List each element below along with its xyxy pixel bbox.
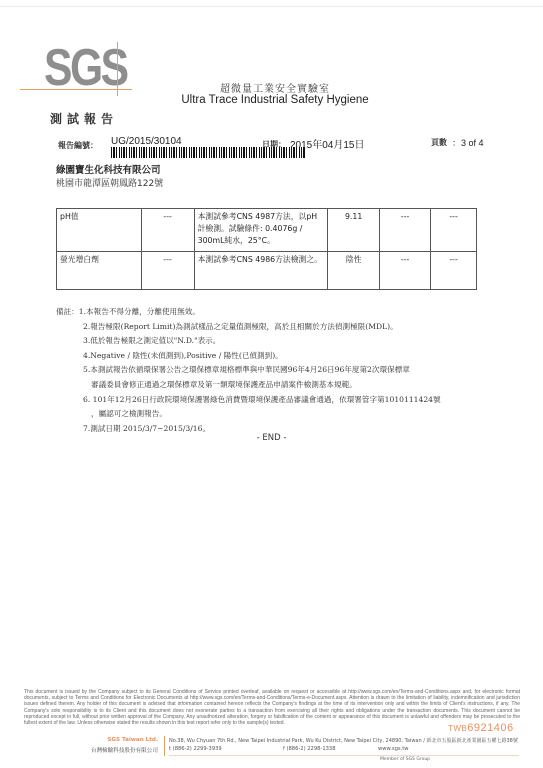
lab-name-english: Ultra Trace Industrial Safety Hygiene xyxy=(150,94,400,106)
note-item: 4.Negative / 陰性(未偵測到),Positive / 陽性(已偵測到… xyxy=(56,349,496,364)
cell-value: --- xyxy=(380,209,431,252)
table-row: 螢光增白劑 --- 本測試參考CNS 4986方法檢測之。 陰性 --- --- xyxy=(57,252,477,290)
note-item: 審議委員會修正通過之環保標章及第一類環境保護產品申請案件檢測基本規範。 xyxy=(56,378,496,393)
test-item: 螢光增白劑 xyxy=(57,252,142,290)
logo-rule-vertical xyxy=(117,42,118,96)
client-company: 綠園寶生化科技有限公司 xyxy=(56,162,161,176)
footer-tel: t (886-2) 2299-3939 xyxy=(169,746,222,752)
serial-digits: 6921406 xyxy=(467,722,513,734)
footer-address: No.38, Wu Chyuan 7th Rd., New Taipei Ind… xyxy=(169,737,518,744)
logo-rule-horizontal xyxy=(20,89,132,90)
results-table: pH值 --- 本測試參考CNS 4987方法，以pH計檢測。試驗條件: 0.4… xyxy=(56,208,477,290)
footer-member: Member of SGS Group xyxy=(380,757,430,762)
sgs-logo: SGS xyxy=(44,42,127,94)
document-title: 測試報告 xyxy=(50,110,118,127)
cell-value: --- xyxy=(141,209,194,252)
end-marker: - END - xyxy=(0,433,543,443)
note-item: 3.低於報告極限之測定值以"N.D."表示。 xyxy=(56,334,496,349)
cell-value: --- xyxy=(431,252,477,290)
note-item: 2.報告極限(Report Limit)為測試樣品之定量值測極限，高於且相關於方… xyxy=(56,320,496,335)
note-item: ，屬認可之檢測報告。 xyxy=(56,407,496,422)
lab-name-chinese: 超微量工業安全實驗室 xyxy=(185,80,365,95)
footer-rule xyxy=(169,755,519,756)
footer-company-cn: 台灣檢驗科技股份有限公司 xyxy=(60,746,158,754)
test-result: 陰性 xyxy=(328,252,380,290)
note-item: 1.本報告不得分離，分離使用無效。 xyxy=(79,307,200,316)
legal-disclaimer: This document is issued by the Company s… xyxy=(24,689,520,726)
test-item: pH值 xyxy=(57,209,142,252)
report-number: UG/2015/30104 xyxy=(111,136,182,147)
test-method: 本測試參考CNS 4986方法檢測之。 xyxy=(194,252,328,290)
client-address: 桃園市龍潭區朝鳳路122號 xyxy=(56,176,163,189)
serial-number: TWB6921406 xyxy=(448,722,514,734)
cell-value: --- xyxy=(141,252,194,290)
footer-company-en: SGS Taiwan Ltd. xyxy=(60,737,158,743)
note-item: 6. 101年12月26日行政院環境保護署綠色消費暨環境保護產品審議會通過，依環… xyxy=(56,393,496,408)
serial-prefix: TWB xyxy=(448,724,467,733)
footer-fax: f (886-2) 2298-1338 xyxy=(283,746,336,752)
test-result: 9.11 xyxy=(328,209,380,252)
page-label: 頁數 xyxy=(431,137,447,148)
page-number: ：3 of 4 xyxy=(452,136,484,149)
note-item: 5.本測試報告依循環保署公告之環保標章規格標準與中華民國96年4月26日96年度… xyxy=(56,363,496,378)
cell-value: --- xyxy=(380,252,431,290)
scan-edge-line xyxy=(0,6,543,7)
cell-value: --- xyxy=(431,209,477,252)
report-number-label: 報告編號： xyxy=(58,140,98,151)
test-method: 本測試參考CNS 4987方法，以pH計檢測。試驗條件: 0.4076g / 3… xyxy=(194,209,328,252)
footer-website[interactable]: www.sgs.tw xyxy=(378,746,409,752)
notes-section: 備註：1.本報告不得分離，分離使用無效。 2.報告極限(Report Limit… xyxy=(56,305,496,436)
report-barcode xyxy=(111,147,306,158)
table-row: pH值 --- 本測試參考CNS 4987方法，以pH計檢測。試驗條件: 0.4… xyxy=(57,209,477,252)
footer-divider xyxy=(164,736,165,756)
notes-label: 備註： xyxy=(56,307,79,316)
